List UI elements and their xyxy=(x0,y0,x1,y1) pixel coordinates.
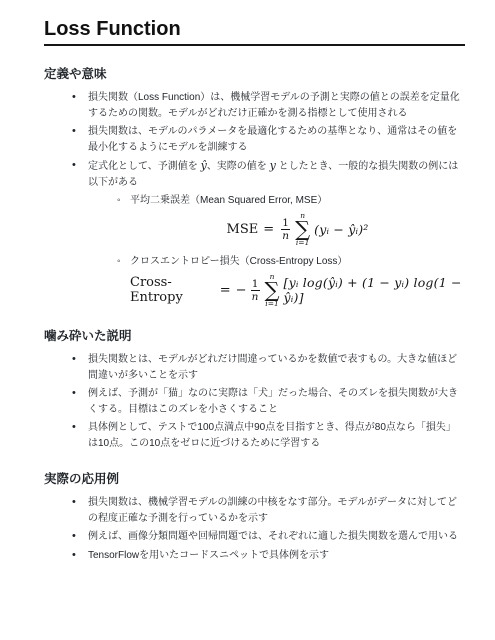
list-item-text: 損失関数は、モデルのパラメータを最適化するための基準となり、通常はその値を最小化… xyxy=(88,126,457,153)
list-item: 例えば、画像分類問題や回帰問題では、それぞれに適した損失関数を選んで用いる xyxy=(44,529,465,545)
list-item-text: 例えば、画像分類問題や回帰問題では、それぞれに適した損失関数を選んで用いる xyxy=(88,531,458,542)
sum-lower-limit: i=1 xyxy=(296,239,309,247)
formula-rhs: (yᵢ − ŷᵢ)² xyxy=(314,222,368,237)
list-item-text: 具体例として、テストで100点満点中90点を目指すとき、得点が80点なら「損失」… xyxy=(88,422,456,449)
fraction-denominator: n xyxy=(252,291,259,303)
document-page: Loss Function 定義や意味 損失関数（Loss Function）は… xyxy=(0,0,495,563)
minus-sign: − xyxy=(236,283,247,298)
list-item: 損失関数とは、モデルがどれだけ間違っているかを数値で表すもの。大きな値ほど間違い… xyxy=(44,352,465,383)
sigma-glyph: ∑ xyxy=(265,281,280,300)
sub-list-item-text: 平均二乗誤差（Mean Squared Error, MSE） xyxy=(130,195,327,206)
formula-cross-entropy: Cross-Entropy = − 1n n∑i=1 [yᵢ log(ŷᵢ) +… xyxy=(130,272,465,308)
list-item-text: 定式化として、予測値を xyxy=(88,161,201,172)
fraction: 1n xyxy=(251,278,260,303)
equals-sign: = xyxy=(220,283,231,298)
sub-list-item-mse: 平均二乗誤差（Mean Squared Error, MSE） xyxy=(44,193,465,209)
sigma-sum-symbol: n∑i=1 xyxy=(295,212,310,247)
equals-sign: = xyxy=(263,222,274,237)
list-item-text: 、実際の値を xyxy=(207,161,270,172)
list-item: 具体例として、テストで100点満点中90点を目指すとき、得点が80点なら「損失」… xyxy=(44,420,465,451)
list-item: 定式化として、予測値を ŷ、実際の値を y としたとき、一般的な損失関数の例には… xyxy=(44,158,465,190)
list-item-text: 損失関数とは、モデルがどれだけ間違っているかを数値で表すもの。大きな値ほど間違い… xyxy=(88,354,457,381)
formula-mse: MSE = 1n n∑i=1 (yᵢ − ŷᵢ)² xyxy=(130,212,465,248)
sigma-sum-symbol: n∑i=1 xyxy=(265,273,280,308)
list-item-text: TensorFlowを用いたコードスニペットで具体例を示す xyxy=(88,550,329,561)
formula-rhs: [yᵢ log(ŷᵢ) + (1 − yᵢ) log(1 − ŷᵢ)] xyxy=(284,275,465,305)
sigma-glyph: ∑ xyxy=(295,220,310,239)
section-heading-applications: 実際の応用例 xyxy=(44,471,465,487)
fraction-denominator: n xyxy=(282,230,289,242)
list-item: 損失関数（Loss Function）は、機械学習モデルの予測と実際の値との誤差… xyxy=(44,90,465,121)
fraction-numerator: 1 xyxy=(252,278,259,290)
section-heading-definition: 定義や意味 xyxy=(44,66,465,82)
sub-list-item-text: クロスエントロピー損失（Cross-Entropy Loss） xyxy=(130,256,347,267)
fraction: 1n xyxy=(281,217,290,242)
list-item: 例えば、予測が「猫」なのに実際は「犬」だった場合、そのズレを損失関数が大きくする… xyxy=(44,386,465,417)
sum-lower-limit: i=1 xyxy=(265,300,278,308)
page-title: Loss Function xyxy=(44,20,465,46)
list-item: 損失関数は、機械学習モデルの訓練の中核をなす部分。モデルがデータに対してどの程度… xyxy=(44,495,465,526)
formula-lhs: Cross-Entropy xyxy=(130,275,215,305)
section-heading-plain-explanation: 噛み砕いた説明 xyxy=(44,328,465,344)
list-item: 損失関数は、モデルのパラメータを最適化するための基準となり、通常はその値を最小化… xyxy=(44,124,465,155)
fraction-numerator: 1 xyxy=(282,217,289,229)
list-item-text: 損失関数（Loss Function）は、機械学習モデルの予測と実際の値との誤差… xyxy=(88,92,460,119)
list-item: TensorFlowを用いたコードスニペットで具体例を示す xyxy=(44,548,465,564)
sub-list-item-cross-entropy: クロスエントロピー損失（Cross-Entropy Loss） xyxy=(44,254,465,270)
list-item-text: 損失関数は、機械学習モデルの訓練の中核をなす部分。モデルがデータに対してどの程度… xyxy=(88,497,457,524)
formula-lhs: MSE xyxy=(227,222,259,237)
list-item-text: 例えば、予測が「猫」なのに実際は「犬」だった場合、そのズレを損失関数が大きくする… xyxy=(88,388,458,415)
